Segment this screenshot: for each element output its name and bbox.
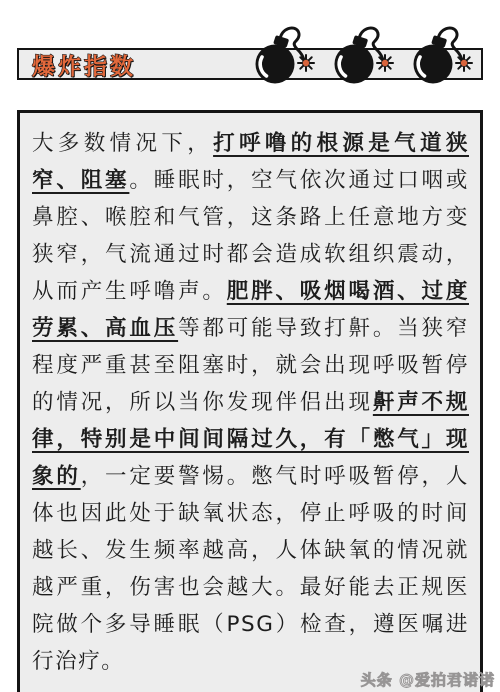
bomb-rating [251,25,477,87]
article-box: 大多数情况下，打呼噜的根源是气道狭窄、阻塞。睡眠时，空气依次通过口咽或鼻腔、喉腔… [17,110,483,692]
spark-core [381,59,388,66]
watermark: 头条 @爱拍君诺诺 [361,669,495,690]
article-card: 爆炸指数 [0,0,500,692]
spark-core [302,59,309,66]
text-segment: ，一定要警惕。憋气时呼吸暂停，人体也因此处于缺氧状态，停止呼吸的时间越长、发生频… [32,464,469,674]
article-text: 大多数情况下，打呼噜的根源是气道狭窄、阻塞。睡眠时，空气依次通过口咽或鼻腔、喉腔… [32,125,469,680]
bomb-icon [251,25,319,87]
bomb-icon [330,25,398,87]
bomb-icon [409,25,477,87]
text-segment: 大多数情况下， [32,131,213,156]
page-title: 爆炸指数 [32,48,136,81]
spark-core [460,59,467,66]
title-banner: 爆炸指数 [17,48,483,80]
